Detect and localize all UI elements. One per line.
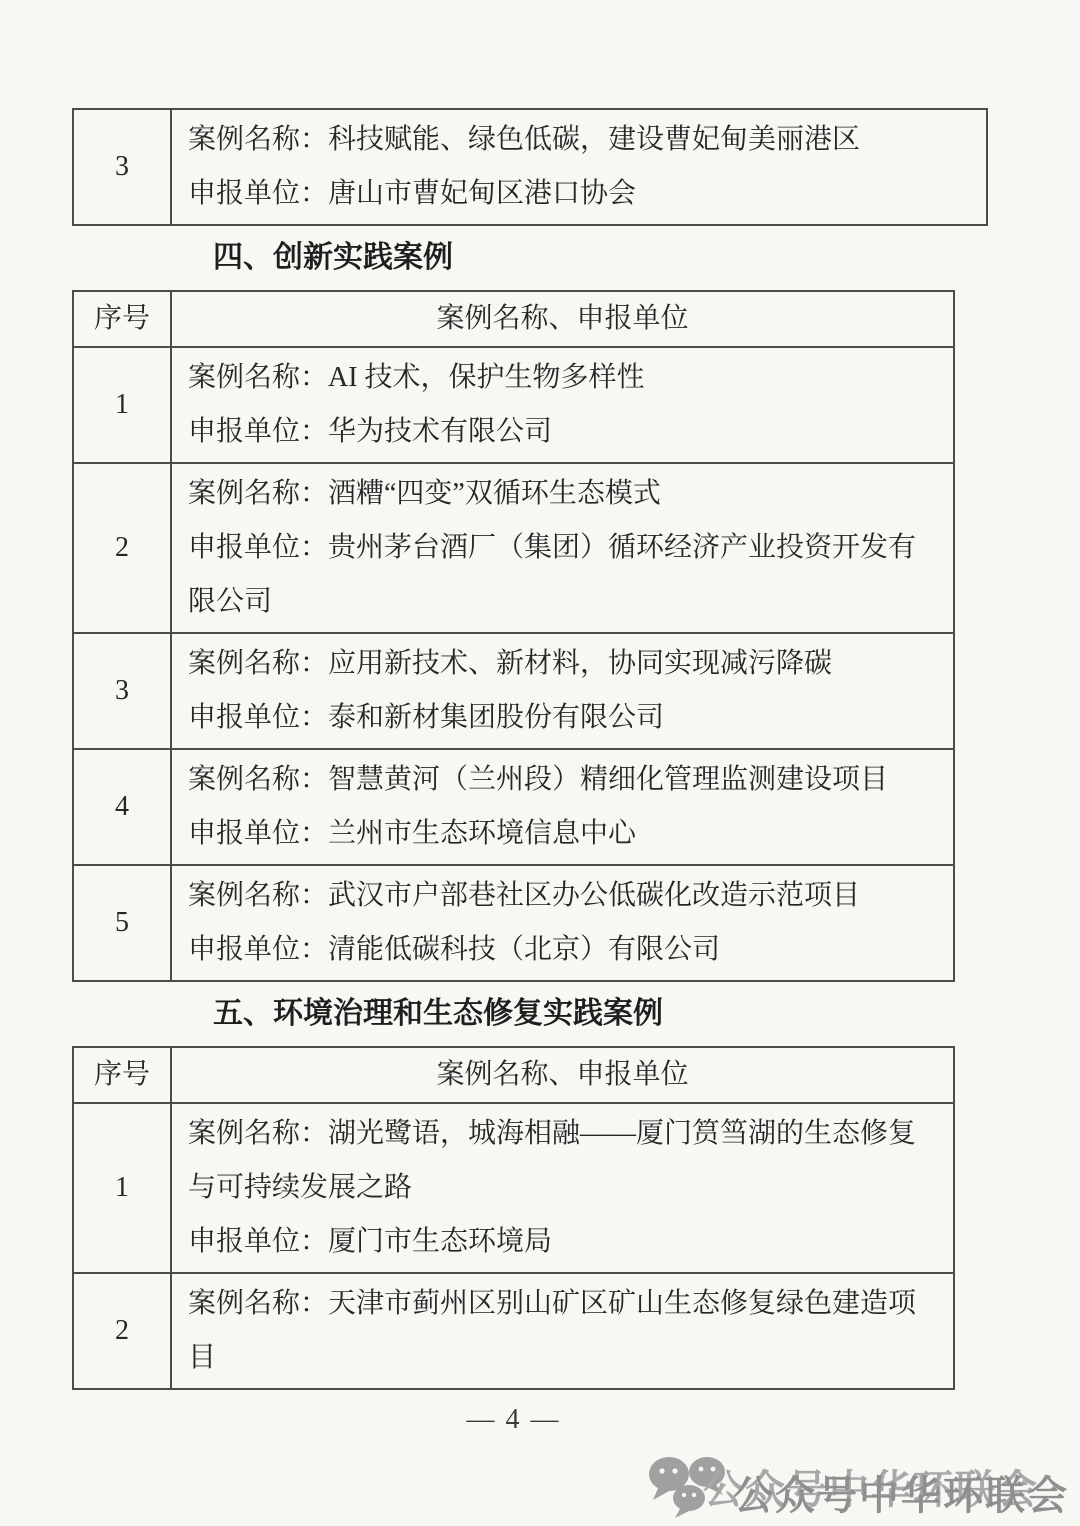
row-content: 案例名称：武汉市户部巷社区办公低碳化改造示范项目申报单位：清能低碳科技（北京）有… [170,866,953,980]
case-name-text: 案例名称：AI 技术，保护生物多样性 [188,351,937,405]
table-row: 3案例名称：应用新技术、新材料，协同实现减污降碳申报单位：泰和新材集团股份有限公… [74,632,953,748]
applicant-text: 申报单位：贵州茅台酒厂（集团）循环经济产业投资开发有限公司 [188,521,937,629]
applicant-text: 申报单位：华为技术有限公司 [188,405,937,459]
row-content: 案例名称：酒糟“四变”双循环生态模式申报单位：贵州茅台酒厂（集团）循环经济产业投… [170,464,953,632]
row-index-cell: 4 [74,750,170,864]
row-index-cell: 3 [74,634,170,748]
watermark-text-front: 公众号中华环联会 [733,1464,1069,1521]
row-index-cell: 2 [74,1274,170,1388]
page-number: — 4 — [72,1404,955,1436]
case-name-text: 案例名称：湖光鹭语，城海相融——厦门筼筜湖的生态修复与可持续发展之路 [188,1107,937,1215]
cases-table-carryover: 3案例名称：科技赋能、绿色低碳，建设曹妃甸美丽港区申报单位：唐山市曹妃甸区港口协… [72,108,988,226]
column-header-content: 案例名称、申报单位 [170,292,953,346]
applicant-text: 申报单位：清能低碳科技（北京）有限公司 [188,923,937,977]
case-name-text: 案例名称：智慧黄河（兰州段）精细化管理监测建设项目 [188,753,937,807]
cases-table-environment: 序号案例名称、申报单位1案例名称：湖光鹭语，城海相融——厦门筼筜湖的生态修复与可… [72,1046,955,1390]
table-header-row: 序号案例名称、申报单位 [74,292,953,346]
case-name-text: 案例名称：武汉市户部巷社区办公低碳化改造示范项目 [188,869,937,923]
case-name-text: 案例名称：酒糟“四变”双循环生态模式 [188,467,937,521]
row-content: 案例名称：湖光鹭语，城海相融——厦门筼筜湖的生态修复与可持续发展之路申报单位：厦… [170,1104,953,1272]
table-row: 3案例名称：科技赋能、绿色低碳，建设曹妃甸美丽港区申报单位：唐山市曹妃甸区港口协… [74,110,986,224]
applicant-text: 申报单位：厦门市生态环境局 [188,1215,937,1269]
column-header-no: 序号 [74,1048,170,1102]
table-row: 1案例名称：湖光鹭语，城海相融——厦门筼筜湖的生态修复与可持续发展之路申报单位：… [74,1102,953,1272]
row-index-cell: 2 [74,464,170,632]
applicant-text: 申报单位：唐山市曹妃甸区港口协会 [188,167,970,221]
column-header-content: 案例名称、申报单位 [170,1048,953,1102]
table-row: 4案例名称：智慧黄河（兰州段）精细化管理监测建设项目申报单位：兰州市生态环境信息… [74,748,953,864]
row-content: 案例名称：科技赋能、绿色低碳，建设曹妃甸美丽港区申报单位：唐山市曹妃甸区港口协会 [170,110,986,224]
applicant-text: 申报单位：兰州市生态环境信息中心 [188,807,937,861]
row-content: 案例名称：智慧黄河（兰州段）精细化管理监测建设项目申报单位：兰州市生态环境信息中… [170,750,953,864]
table-row: 2案例名称：酒糟“四变”双循环生态模式申报单位：贵州茅台酒厂（集团）循环经济产业… [74,462,953,632]
row-content: 案例名称：AI 技术，保护生物多样性申报单位：华为技术有限公司 [170,348,953,462]
column-header-no: 序号 [74,292,170,346]
applicant-text: 申报单位：泰和新材集团股份有限公司 [188,691,937,745]
table-header-row: 序号案例名称、申报单位 [74,1048,953,1102]
row-index-cell: 3 [74,110,170,224]
table-row: 2案例名称：天津市蓟州区别山矿区矿山生态修复绿色建造项目 [74,1272,953,1388]
table-row: 5案例名称：武汉市户部巷社区办公低碳化改造示范项目申报单位：清能低碳科技（北京）… [74,864,953,980]
document-page: 3案例名称：科技赋能、绿色低碳，建设曹妃甸美丽港区申报单位：唐山市曹妃甸区港口协… [0,0,1080,1526]
case-name-text: 案例名称：天津市蓟州区别山矿区矿山生态修复绿色建造项目 [188,1277,937,1385]
cases-table-innovation: 序号案例名称、申报单位1案例名称：AI 技术，保护生物多样性申报单位：华为技术有… [72,290,955,982]
row-index-cell: 1 [74,1104,170,1272]
wechat-watermark: 公众号中华环联会 公众号中华环联会 [645,1448,1080,1524]
row-index-cell: 5 [74,866,170,980]
row-content: 案例名称：天津市蓟州区别山矿区矿山生态修复绿色建造项目 [170,1274,953,1388]
section-heading-innovation: 四、创新实践案例 [213,238,1080,278]
case-name-text: 案例名称：应用新技术、新材料，协同实现减污降碳 [188,637,937,691]
case-name-text: 案例名称：科技赋能、绿色低碳，建设曹妃甸美丽港区 [188,113,970,167]
row-content: 案例名称：应用新技术、新材料，协同实现减污降碳申报单位：泰和新材集团股份有限公司 [170,634,953,748]
table-row: 1案例名称：AI 技术，保护生物多样性申报单位：华为技术有限公司 [74,346,953,462]
section-heading-environment: 五、环境治理和生态修复实践案例 [213,994,1080,1034]
row-index-cell: 1 [74,348,170,462]
